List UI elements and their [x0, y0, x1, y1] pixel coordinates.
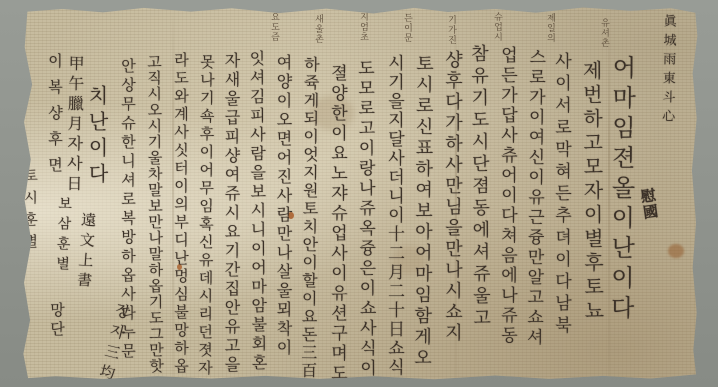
photo-backdrop: { "photo": { "backdrop_color": "#8f938d"…	[0, 0, 718, 387]
marginal-note: 슈업시	[492, 12, 501, 42]
hanja-corner-annotation: 眞城雨東斗心	[660, 14, 675, 128]
text-column-08: 토시로신표하여보아어마임함게오	[412, 54, 432, 369]
text-column-12: 하쥭게되이엇지원토치안이할이요돈三百	[300, 56, 319, 380]
text-column-03: 사이서로막혀든추뎌이다남북	[552, 52, 569, 338]
marginal-note: 요도즘	[269, 12, 278, 42]
text-column-02: 제번하고모자이별후토뇨	[581, 60, 603, 324]
date-column: 甲午臘月자사日	[65, 55, 83, 195]
text-column-07: 샹후다가하사만님을만나시쇼지	[443, 50, 461, 344]
ink-blot-stain	[668, 244, 684, 258]
text-column-16: 못나기쇽후이어무임혹신유데시리던졋자	[197, 54, 214, 378]
text-column-06: 참유기도시단졈동에셔쥬울고	[469, 44, 489, 330]
text-column-15: 자새울급피샹여쥬시요기간집안유고을	[223, 52, 239, 375]
text-column-13: 여양이오면어진사람만나살울뫼착이	[275, 54, 291, 358]
text-column-01: 어마임젼올이난이다	[608, 55, 634, 325]
closing-formula: 遠文上書	[75, 212, 96, 293]
manuscript-paper: 眞城雨東斗心 慰國 어마임젼올이난이다 제번하고모자이별후토뇨 사이서로막혀든추…	[22, 6, 698, 380]
text-column-18: 고직시오시기울차말보만나말하옵기도그만핫	[146, 54, 163, 374]
marginal-note: 졔일의	[545, 13, 554, 43]
marginal-note: 지엄초	[358, 12, 367, 42]
marginal-note: 유셔촌	[599, 18, 608, 48]
text-column-05: 업든가답사츄어이다쳐음에나쥬동	[498, 46, 515, 346]
seal-mark: 慰國	[639, 187, 658, 221]
marginal-note: 든이문	[402, 13, 411, 43]
marginal-note: 기가진	[446, 15, 455, 45]
text-column-09: 시기을지달사더니이十二月二十日쇼식	[385, 54, 402, 377]
text-column-14: 잇셔김피사람을보시니이어마암불회혼	[248, 50, 266, 373]
postscript-column-1: 이복샹후면	[47, 53, 62, 183]
postscript-column-2: 보삼훈별	[55, 196, 72, 276]
postscript-column-3: 망단	[49, 302, 64, 340]
text-column-04: 스로가이여신이유근즁만알고쇼셔	[524, 48, 544, 348]
text-column-10: 도모로고이랑나쥬옥즁은이쇼사식이	[355, 59, 374, 379]
marginal-note: 새울촌	[313, 14, 322, 44]
text-column-11: 졀양한이요노쟈슈업사이유션구며도	[328, 64, 345, 384]
text-column-17: 라도와계사싯터이의부디난멍심불망하옵	[173, 52, 188, 376]
farewell-column: 치난이다	[87, 85, 107, 189]
postscript-column-4: 토시훈별	[23, 168, 37, 256]
